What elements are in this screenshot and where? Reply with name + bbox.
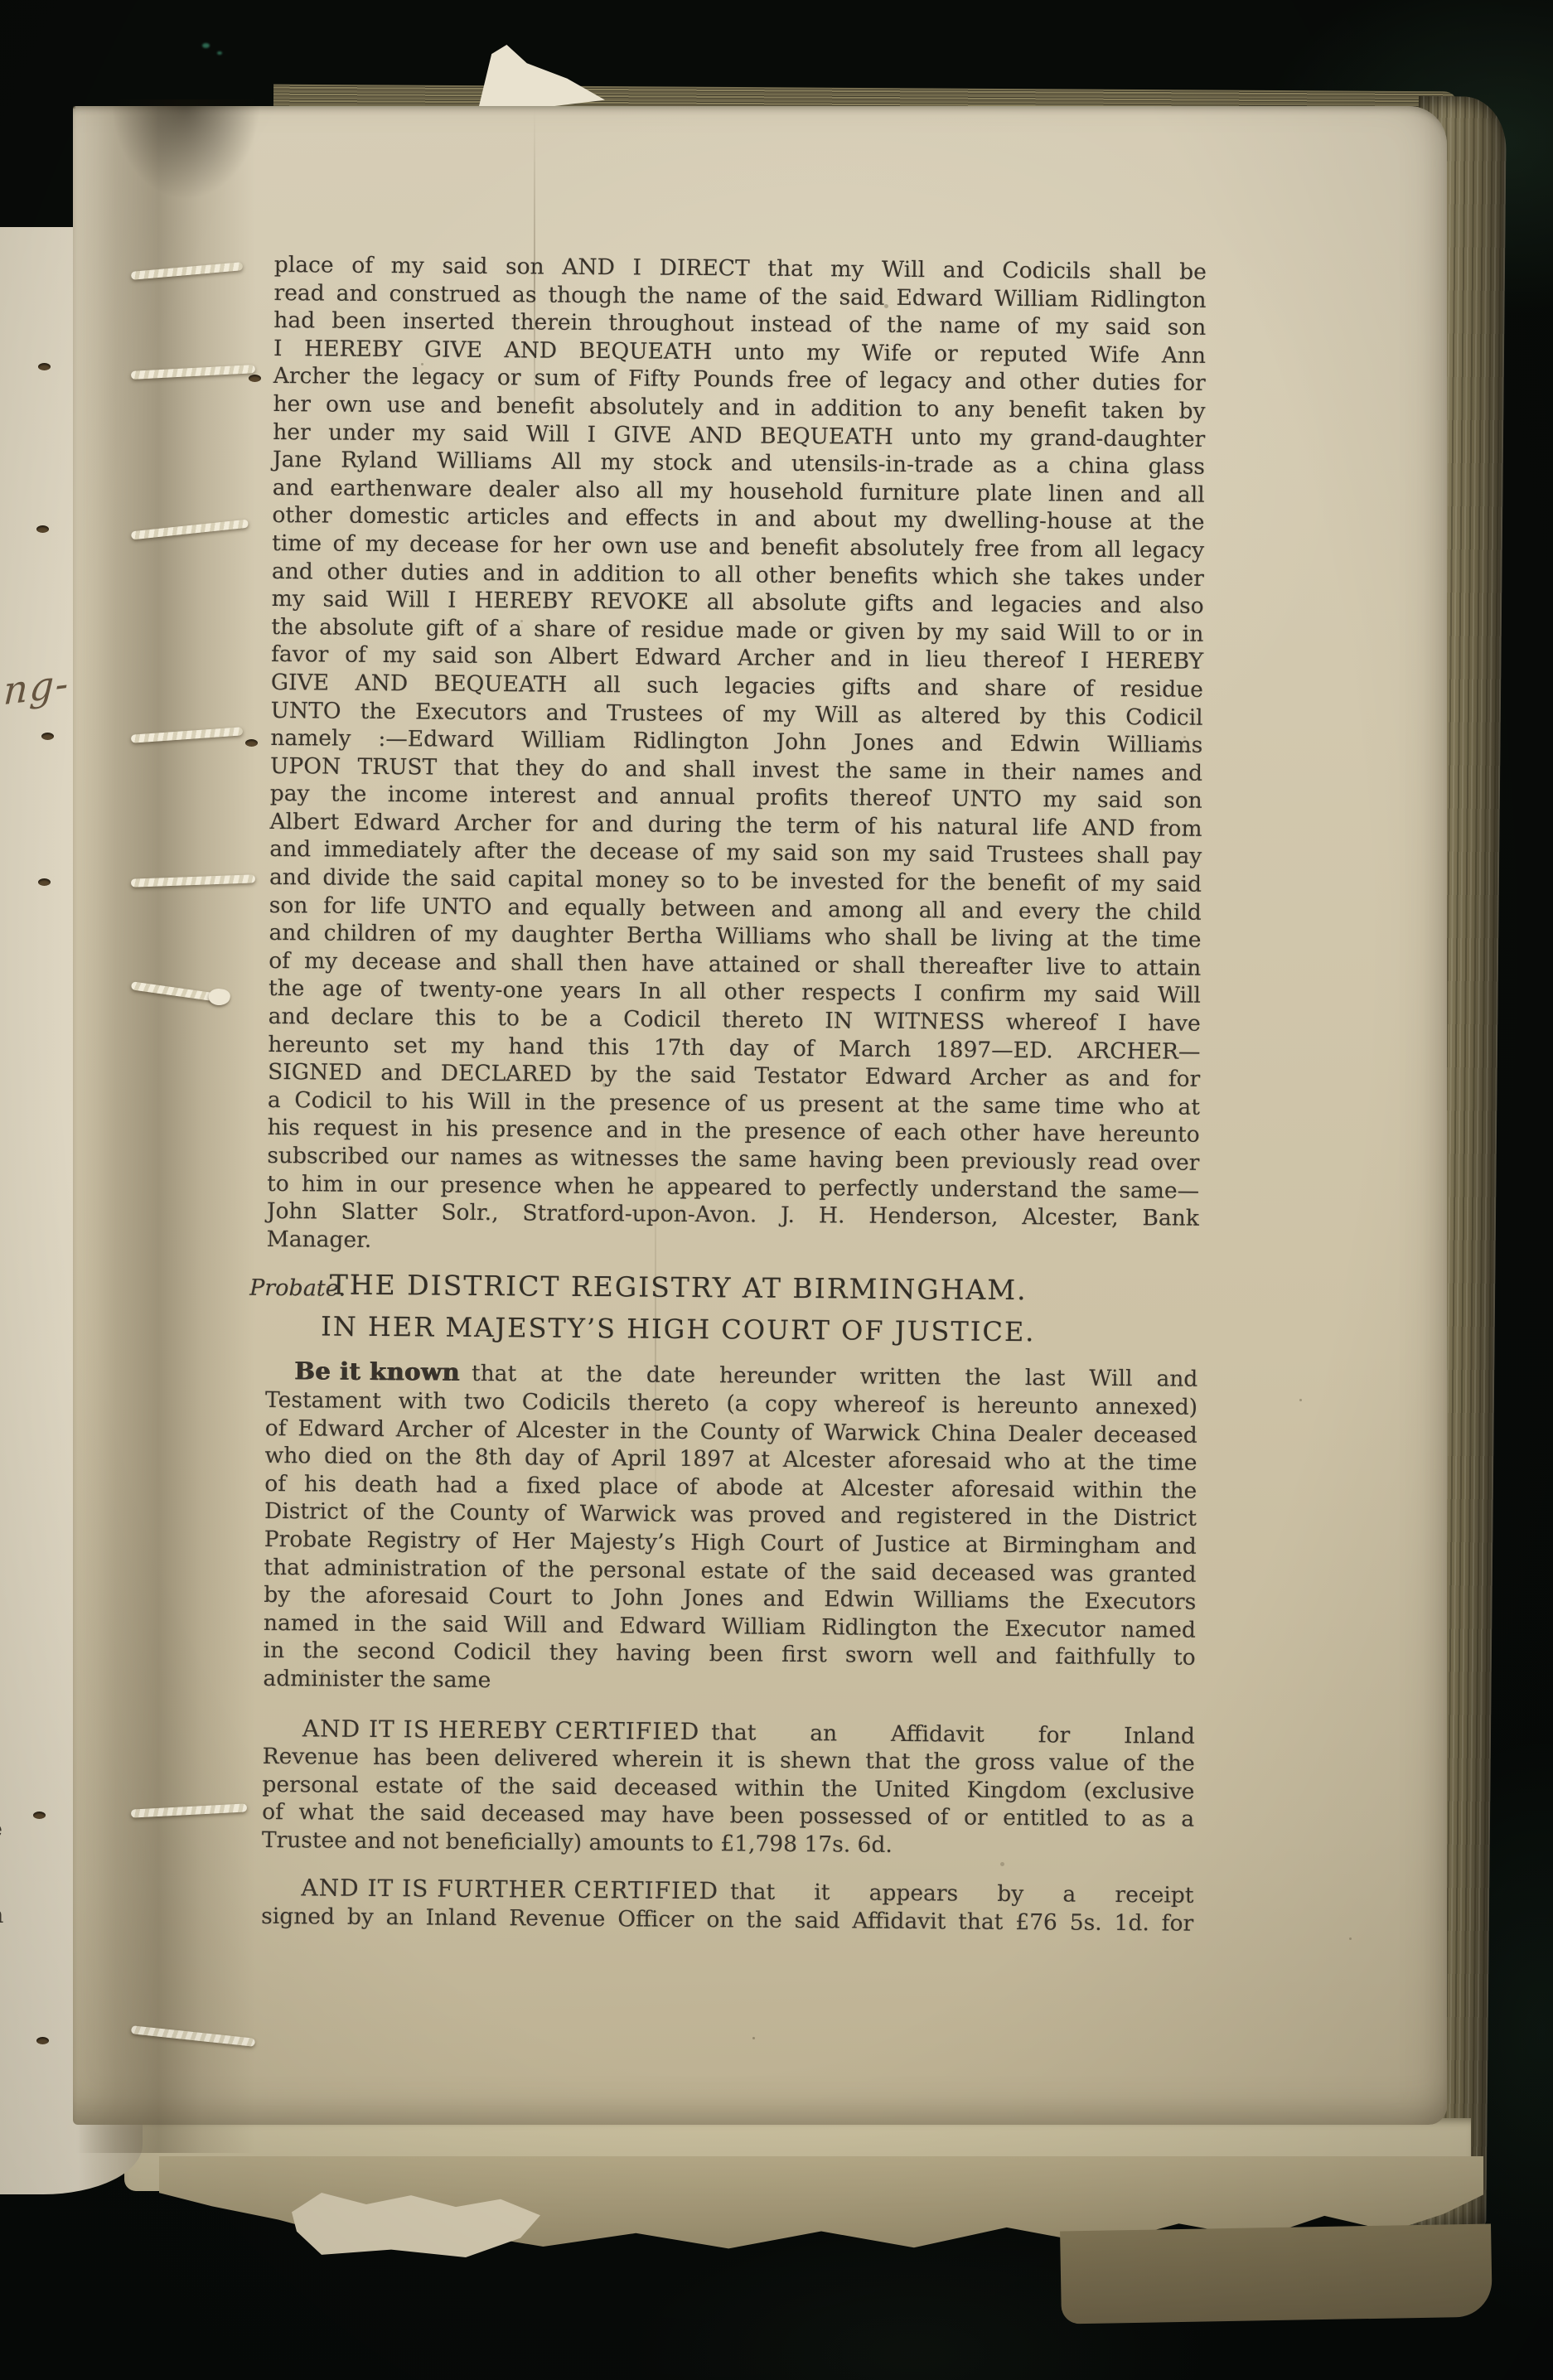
stitch-hole xyxy=(249,375,261,382)
probate-grant-lines: Testament with two Codicils thereto (a c… xyxy=(263,1386,1197,1700)
certified-lines: Revenue has been delivered wherein it is… xyxy=(262,1743,1195,1861)
stitch-hole xyxy=(36,525,49,533)
probate-grant-paragraph: Be it known that at the date hereunder w… xyxy=(263,1357,1197,1700)
codicil-continuation-paragraph: place of my said son AND I DIRECT that m… xyxy=(267,251,1207,1260)
probate-marginal-label: Probate. xyxy=(249,1275,346,1304)
stitch-hole xyxy=(33,1812,46,1819)
cover-speck xyxy=(217,51,222,55)
certified-lead: AND IT IS HEREBY CERTIFIED xyxy=(302,1715,700,1745)
document-text-block: place of my said son AND I DIRECT that m… xyxy=(261,251,1207,1937)
certified-paragraph: AND IT IS HEREBY CERTIFIED that an Affid… xyxy=(262,1714,1195,1861)
stitch-hole xyxy=(38,878,51,886)
headings: THE DISTRICT REGISTRY AT BIRMINGHAM. IN … xyxy=(266,1266,1199,1352)
text-line-rest: that an Affidavit for Inland xyxy=(711,1719,1195,1750)
torn-paper-fragment xyxy=(479,45,605,106)
book-page-photo: e f f n ng- place of my said son AND I D… xyxy=(0,0,1553,2380)
court-heading: IN HER MAJESTY’S HIGH COURT OF JUSTICE. xyxy=(266,1308,1091,1351)
page-stack-bottom-edge-3 xyxy=(1060,2223,1493,2324)
stitch-hole xyxy=(41,733,54,740)
further-certified-lead: AND IT IS FURTHER CERTIFIED xyxy=(301,1874,718,1906)
stitch-hole xyxy=(36,2037,49,2044)
be-it-known-lead: Be it known xyxy=(294,1358,460,1387)
stitch-hole xyxy=(245,739,258,747)
torn-bottom-piece xyxy=(292,2193,540,2257)
clipped-letter: e xyxy=(0,1816,2,1842)
registry-heading: THE DISTRICT REGISTRY AT BIRMINGHAM. xyxy=(266,1266,1091,1309)
stitch-hole xyxy=(38,363,51,370)
clipped-letter: n xyxy=(0,1903,3,1928)
cover-speck xyxy=(202,43,210,48)
handwritten-note: ng- xyxy=(2,660,71,714)
text-line-rest: that it appears by a receipt xyxy=(730,1879,1194,1910)
document-page: place of my said son AND I DIRECT that m… xyxy=(73,106,1447,2125)
paper-specks xyxy=(73,106,75,109)
probate-heading-row: Probate. THE DISTRICT REGISTRY AT BIRMIN… xyxy=(266,1266,1199,1352)
further-certified-paragraph: AND IT IS FURTHER CERTIFIED that it appe… xyxy=(261,1874,1194,1937)
